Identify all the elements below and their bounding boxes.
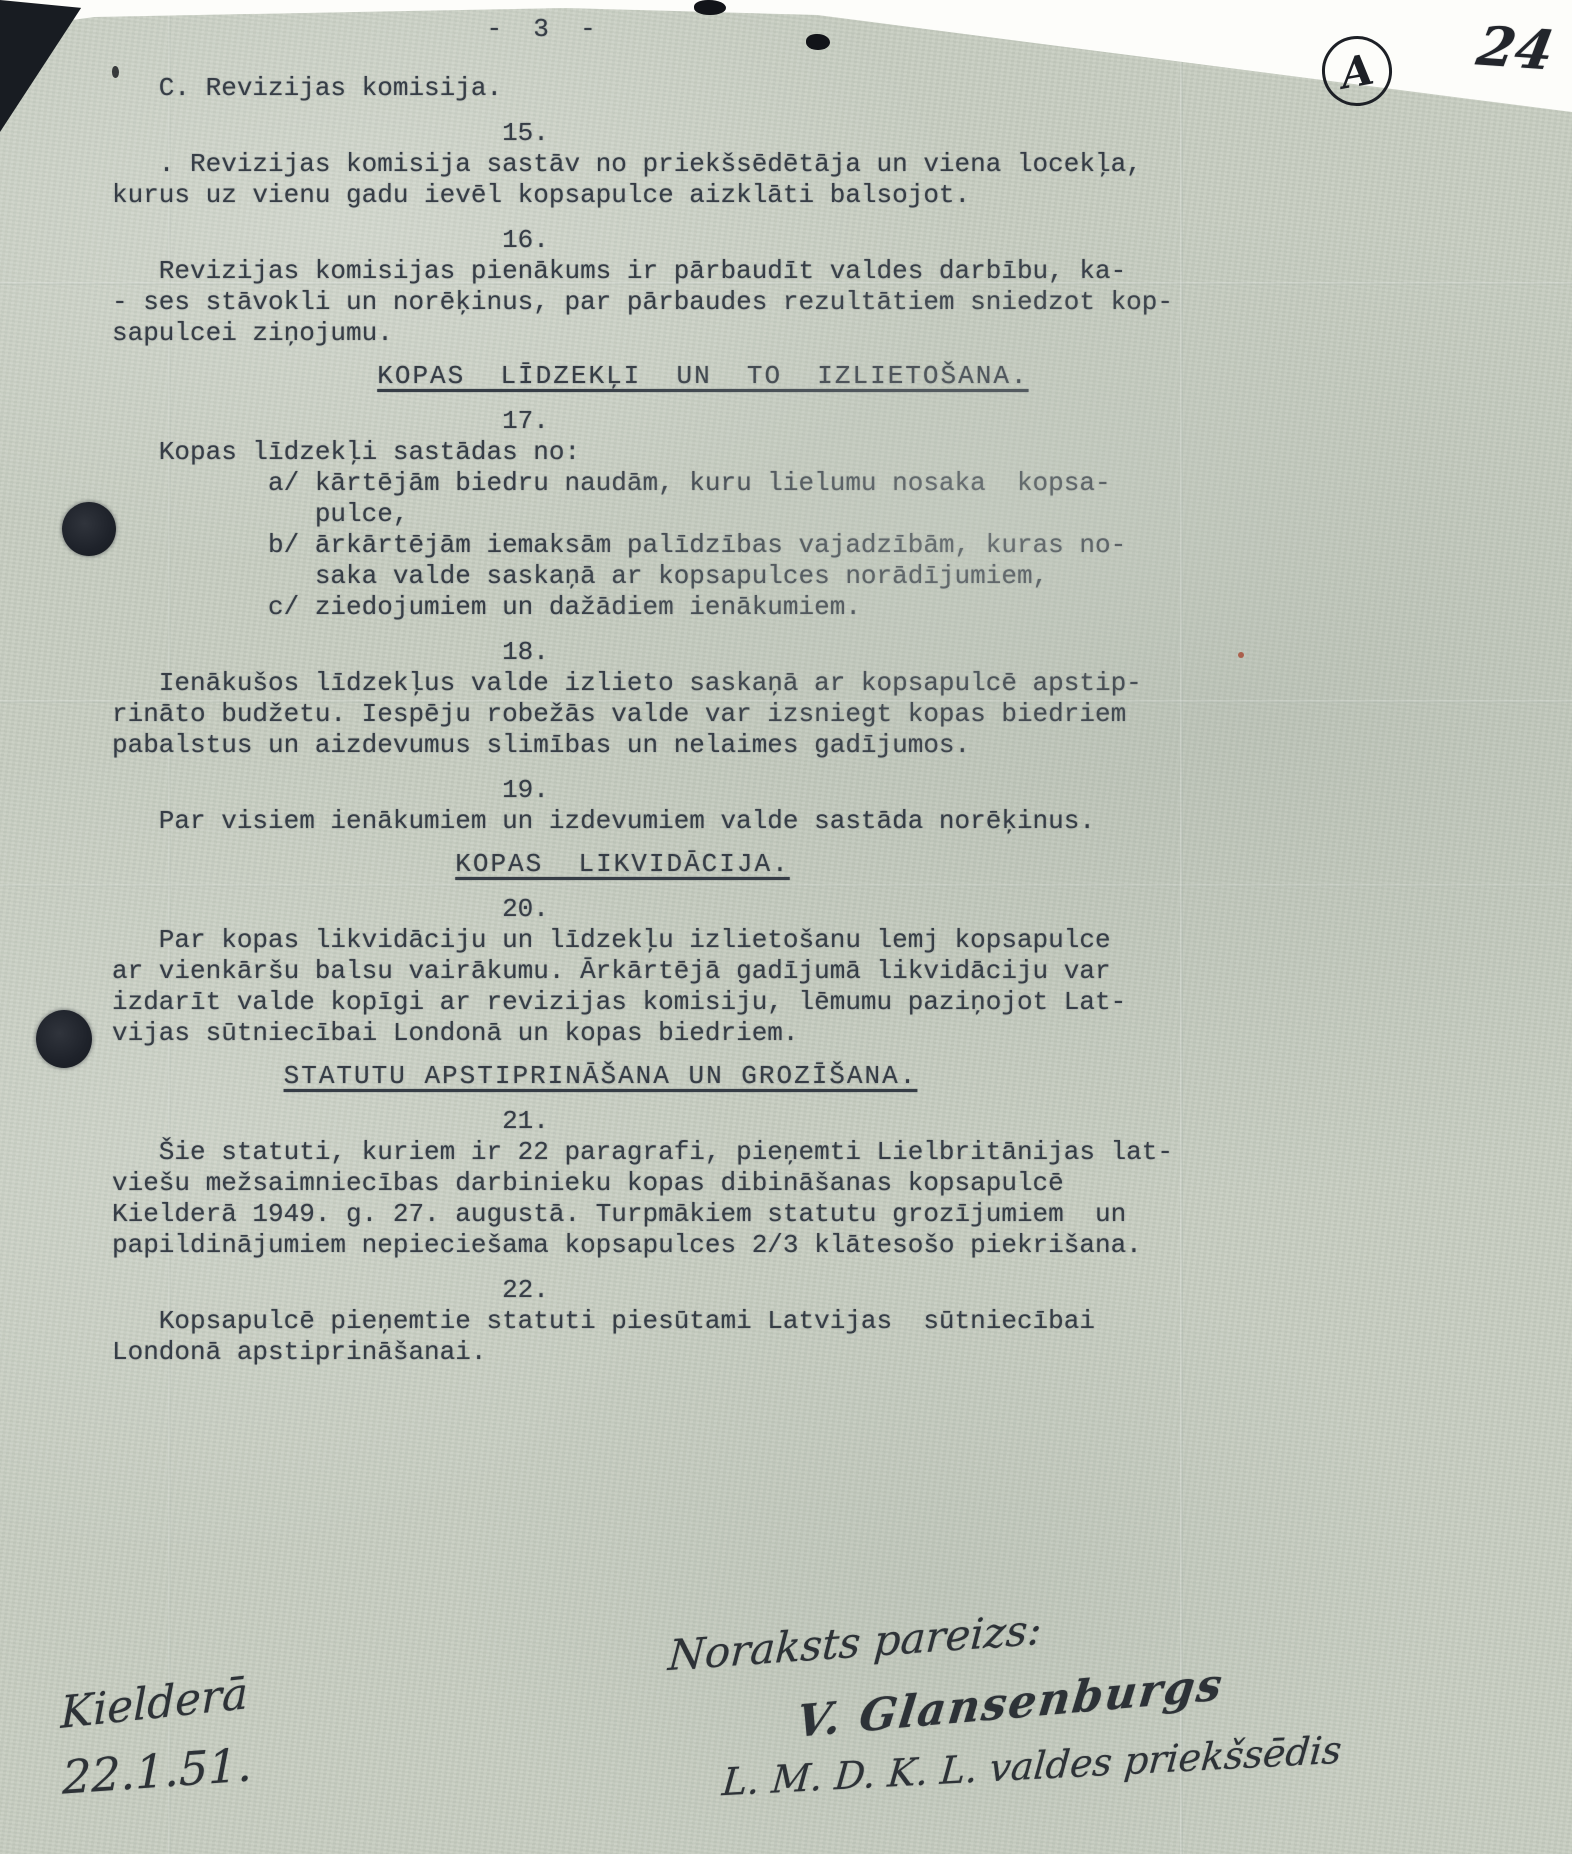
typed-block-para-first: C. Revizijas komisija.	[112, 73, 1412, 104]
typed-block-secnum: 16.	[112, 225, 1412, 256]
typed-block-para: Par kopas likvidāciju un līdzekļu izliet…	[112, 925, 1412, 1049]
typed-block-para: . Revizijas komisija sastāv no priekšsēd…	[112, 149, 1412, 211]
punch-hole-top	[62, 502, 116, 556]
typed-block-secnum: 17.	[112, 406, 1412, 437]
typed-block-secnum: 15.	[112, 118, 1412, 149]
typed-block-para: Par visiem ienākumiem un izdevumiem vald…	[112, 806, 1412, 837]
typed-block-heading: KOPAS LĪDZEKĻI UN TO IZLIETOŠANA.	[112, 361, 1412, 392]
typed-block-secnum: 21.	[112, 1106, 1412, 1137]
typed-block-pagenum: - 3 -	[112, 14, 1412, 45]
corner-number-annotation: 24	[1473, 14, 1559, 83]
ink-speck-top	[694, 0, 726, 15]
typed-block-para: Ienākušos līdzekļus valde izlieto saskaņ…	[112, 668, 1412, 761]
typed-block-para: Kopas līdzekļi sastādas no: a/ kārtējām …	[112, 437, 1412, 623]
scanned-document-page: A 24 - 3 - C. Revizijas komisija. 15. . …	[0, 0, 1572, 1854]
typed-block-heading: KOPAS LIKVIDĀCIJA.	[112, 849, 1412, 880]
typed-block-secnum: 19.	[112, 775, 1412, 806]
typed-block-para: Šie statuti, kuriem ir 22 paragrafi, pie…	[112, 1137, 1412, 1261]
punch-hole-bottom	[36, 1010, 92, 1068]
typed-block-secnum: 20.	[112, 894, 1412, 925]
typed-block-para: Kopsapulcē pieņemtie statuti piesūtami L…	[112, 1306, 1412, 1368]
typed-block-secnum: 18.	[112, 637, 1412, 668]
typed-content: - 3 - C. Revizijas komisija. 15. . Reviz…	[112, 14, 1412, 1368]
typed-block-secnum: 22.	[112, 1275, 1412, 1306]
typed-block-heading: STATUTU APSTIPRINĀŠANA UN GROZĪŠANA.	[112, 1061, 1412, 1092]
typed-block-para: Revizijas komisijas pienākums ir pārbaud…	[112, 256, 1412, 349]
